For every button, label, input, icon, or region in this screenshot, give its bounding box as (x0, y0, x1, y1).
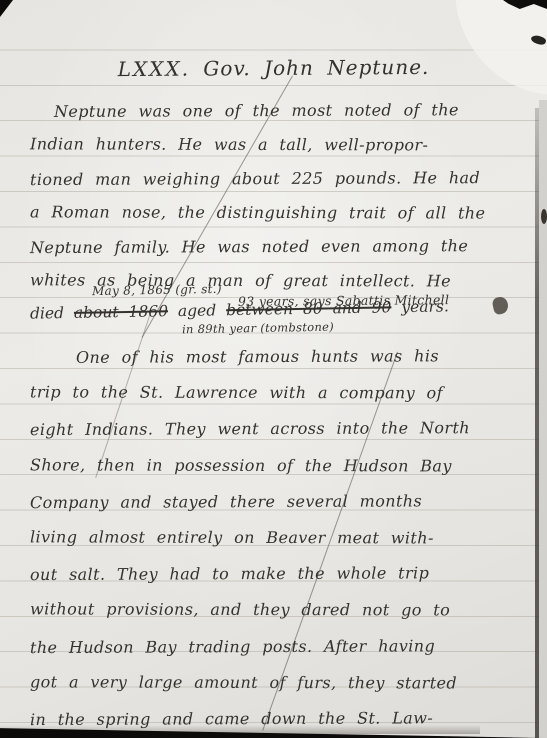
death-line-text: aged (168, 301, 226, 320)
scan-corner-top-left (0, 0, 13, 17)
manuscript-line: tioned man weighing about 225 pounds. He… (30, 163, 523, 199)
death-line-text: years. (391, 297, 449, 316)
death-date-cluster: May 8, 1865 (gr. st.) 93 years, says Sab… (30, 286, 527, 340)
page-title: LXXX. Gov. John Neptune. (0, 54, 547, 82)
manuscript-line: without provisions, and they dared not g… (30, 594, 523, 631)
ink-mark-right-edge (541, 209, 547, 224)
struck-text: between 80 and 90 (226, 298, 392, 319)
manuscript-line: a Roman nose, the distinguishing trait o… (30, 197, 523, 232)
title-text: Gov. John Neptune. (203, 55, 429, 81)
manuscript-line: trip to the St. Lawrence with a company … (30, 377, 523, 414)
manuscript-line: Neptune family. He was noted even among … (30, 231, 523, 267)
annotation-death-date: May 8, 1865 (gr. st.) (92, 282, 222, 298)
manuscript-line: Indian hunters. He was a tall, well-prop… (30, 129, 523, 164)
annotation-tombstone: in 89th year (tombstone) (182, 320, 334, 337)
manuscript-line: One of his most famous hunts was his (30, 340, 523, 378)
manuscript-line: got a very large amount of furs, they st… (30, 666, 523, 703)
manuscript-line: the Hudson Bay trading posts. After havi… (30, 629, 523, 667)
paragraph-1: Neptune was one of the most noted of the… (30, 96, 523, 300)
manuscript-line: eight Indians. They went across into the… (30, 412, 523, 450)
manuscript-line: Neptune was one of the most noted of the (30, 95, 523, 131)
struck-text: about 1860 (74, 302, 168, 322)
manuscript-page: LXXX. Gov. John Neptune. Neptune was one… (0, 0, 547, 738)
manuscript-line: out salt. They had to make the whole tri… (30, 557, 523, 595)
paragraph-2: One of his most famous hunts was histrip… (30, 341, 523, 738)
page-edge-right-shadow (535, 108, 539, 738)
death-line: died about 1860 aged between 80 and 90 y… (30, 297, 449, 322)
page-corner-highlight (455, 0, 547, 95)
manuscript-line: Company and stayed there several months (30, 485, 523, 523)
sketch-number: LXXX. (118, 57, 191, 82)
page-edge-right-paper (539, 100, 547, 738)
manuscript-line: Shore, then in possession of the Hudson … (30, 449, 523, 486)
death-line-text: died (30, 304, 74, 323)
manuscript-line: in the spring and came down the St. Law- (30, 702, 523, 738)
manuscript-line: living almost entirely on Beaver meat wi… (30, 521, 523, 558)
